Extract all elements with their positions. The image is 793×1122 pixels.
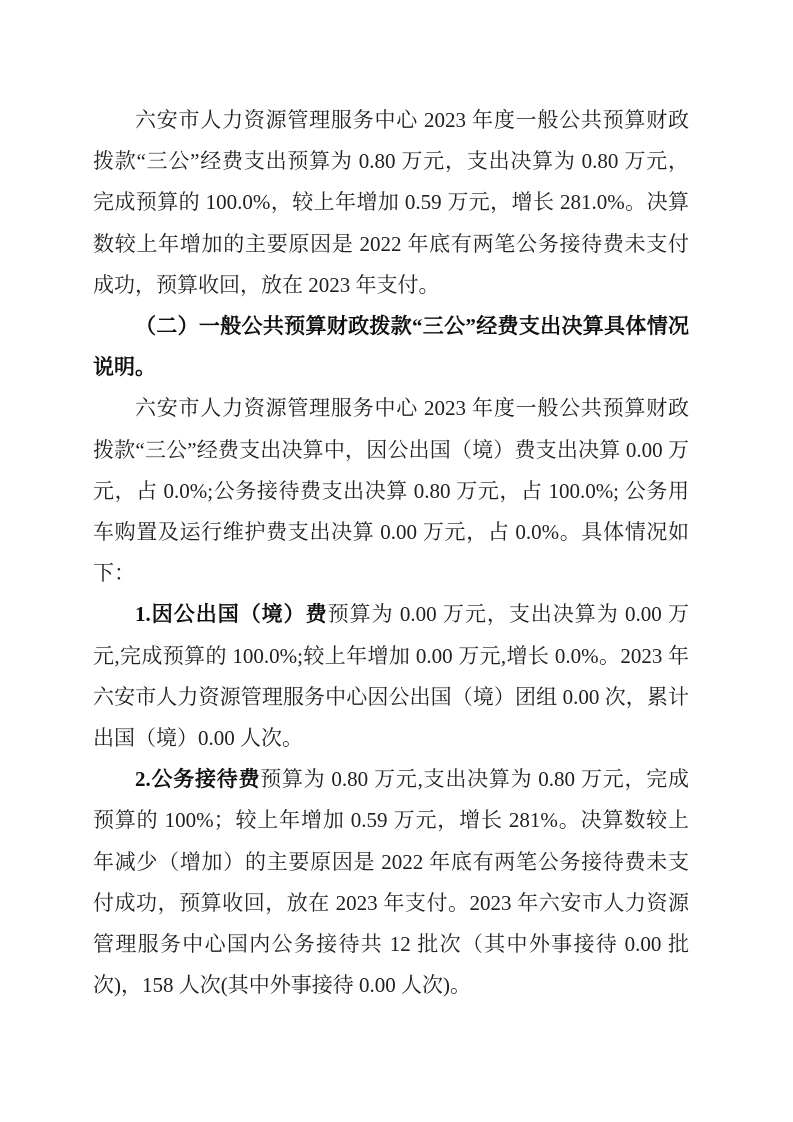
heading-section-two: （二）一般公共预算财政拨款“三公”经费支出决算具体情况说明。	[93, 306, 689, 388]
paragraph-text: 六安市人力资源管理服务中心 2023 年度一般公共预算财政拨款“三公”经费支出决…	[93, 396, 689, 585]
document-page: 六安市人力资源管理服务中心 2023 年度一般公共预算财政拨款“三公”经费支出预…	[0, 0, 793, 1122]
heading-text: （二）一般公共预算财政拨款“三公”经费支出决算具体情况说明。	[93, 314, 689, 379]
item-1-bold-lead: 1.因公出国（境）费	[135, 602, 328, 626]
paragraph-text: 六安市人力资源管理服务中心 2023 年度一般公共预算财政拨款“三公”经费支出预…	[93, 108, 689, 297]
para-item-1-overseas-travel: 1.因公出国（境）费预算为 0.00 万元，支出决算为 0.00 万元,完成预算…	[93, 594, 689, 759]
para-item-2-official-reception: 2.公务接待费预算为 0.80 万元,支出决算为 0.80 万元，完成预算的 1…	[93, 759, 689, 1006]
para-sangong-budget-summary: 六安市人力资源管理服务中心 2023 年度一般公共预算财政拨款“三公”经费支出预…	[93, 100, 689, 306]
paragraph-text: 预算为 0.80 万元,支出决算为 0.80 万元，完成预算的 100%；较上年…	[93, 767, 689, 997]
para-breakdown-overview: 六安市人力资源管理服务中心 2023 年度一般公共预算财政拨款“三公”经费支出决…	[93, 388, 689, 594]
item-2-bold-lead: 2.公务接待费	[135, 767, 260, 791]
